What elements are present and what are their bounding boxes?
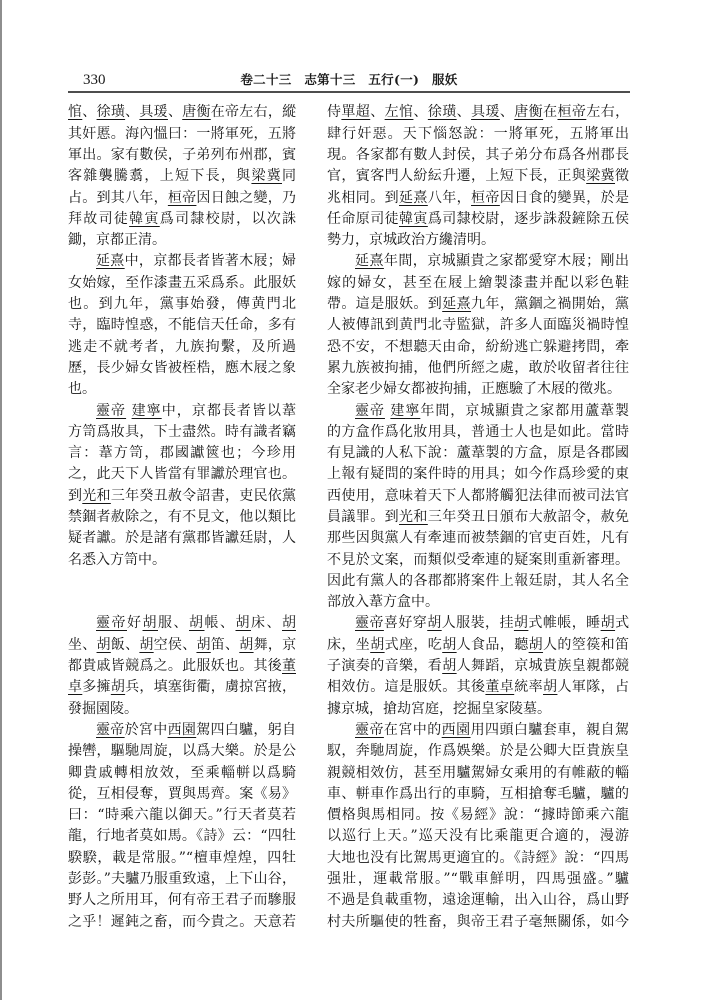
text-line: 卓多擁胡兵，填塞街衢，虜掠宮掖， — [68, 677, 296, 698]
text-line: 方笥爲妝具，下士盡然。時有識者竊 — [68, 422, 296, 443]
text-run: 其奸慝。海內慍曰：一將軍死，五將 — [68, 126, 296, 142]
proper-name-underlined: 光和 — [82, 488, 111, 504]
text-run: 、 — [413, 104, 427, 120]
text-run: 多擁 — [82, 679, 111, 695]
text-run: 疑者讞。於是諸有黨郡皆讞廷尉，人 — [68, 530, 296, 546]
text-run: 名悉入方笥中。 — [68, 552, 166, 568]
text-run: 禁錮者赦除之，有不見文，他以類比 — [68, 509, 296, 525]
text-run: 官，賓客門人紛紜升遷，上短下長，正與 — [327, 168, 586, 184]
proper-name-underlined: 徐璜 — [97, 104, 126, 120]
text-run: 侍 — [327, 104, 341, 120]
text-line: 價格與馬相同。按《易經》說：“據時節乘六龍 — [327, 805, 629, 826]
proper-name-underlined: 延熹 — [399, 190, 428, 206]
text-run: 村夫所驅使的牲畜，與帝王君子毫無關係，如今 — [327, 914, 629, 930]
text-run: 中，京都長者皆以葦 — [162, 403, 296, 419]
paragraph: 靈帝 建寧中，京都長者皆以葦方笥爲妝具，下士盡然。時有識者竊言：葦方笥，郡國讞篋… — [68, 401, 296, 571]
text-line: 鋤，京都正清。 — [68, 230, 296, 251]
text-run: 人軍隊，占 — [557, 679, 629, 695]
text-run: 發掘園陵。 — [68, 701, 138, 717]
text-run: 同 — [282, 168, 296, 184]
proper-name-underlined: 胡 — [111, 679, 125, 695]
text-line: 歷，長少婦女皆被桎梏，應木屐之象 — [68, 358, 296, 379]
text-line: 人被傳訊到黄門北寺監獄，許多人面臨災禍時惶 — [327, 315, 629, 336]
text-run: 車、軿車作爲出行的車騎，互相搶奪毛驢，驢的 — [327, 786, 629, 802]
proper-name-underlined: 單超 — [341, 104, 370, 120]
text-run: 據京城，搶劫宮庭，挖掘皇家陵墓。 — [327, 701, 551, 717]
proper-name-underlined: 胡 — [239, 637, 253, 653]
text-run: 、 — [500, 104, 514, 120]
text-run: 喜好穿 — [384, 615, 427, 631]
proper-name-underlined: 具瑗 — [139, 104, 168, 120]
proper-name-underlined: 胡 — [543, 679, 557, 695]
text-line: 相效仿。這是服妖。其後董卓統率胡人軍隊，占 — [327, 677, 629, 698]
text-run: 因日蝕之變，乃 — [196, 190, 296, 206]
text-run: 式座，吃 — [385, 637, 443, 653]
text-run: 帳、 — [205, 615, 236, 631]
text-line: 現。各家都有數人封侯，其子弟分布爲各州郡長 — [327, 145, 629, 166]
text-run: 馭，奔馳周旋，作爲娛樂。於是公卿大臣貴族皇 — [327, 743, 629, 759]
text-line: 兆相同。到延熹八年，桓帝因日食的變異，於是 — [327, 188, 629, 209]
proper-name-underlined: 胡 — [370, 637, 384, 653]
proper-name-underlined: 胡 — [139, 637, 153, 653]
text-run: 三年癸丑赦令詔書，吏民依黨 — [111, 488, 296, 504]
proper-name-underlined: 唐衡 — [514, 104, 543, 120]
text-run: 爲司隸校尉，逐步誅殺鏟除五侯 — [428, 211, 629, 227]
text-run: 駕四白驢，躬自 — [196, 722, 296, 738]
text-run: 不過是負載重物，遠途運輸，出入山谷，爲山野 — [327, 892, 629, 908]
paragraph: 靈帝好胡服、胡帳、胡床、胡坐、胡飯、胡空侯、胡笛、胡舞，京都貴戚皆競爲之。此服妖… — [68, 613, 296, 719]
text-run: 中，京都長者皆著木屐；婦 — [125, 253, 296, 269]
proper-name-underlined: 具瑗 — [471, 104, 500, 120]
text-run: 兵，填塞街衢，虜掠宮掖， — [125, 679, 296, 695]
text-run: 飯、 — [111, 637, 140, 653]
text-line: 曰：“時乘六龍以御天。”行天者莫若 — [68, 805, 296, 826]
text-line: 疑者讞。於是諸有黨郡皆讞廷尉，人 — [68, 528, 296, 549]
proper-name-underlined: 胡 — [143, 615, 159, 631]
text-run: 於宮中 — [125, 722, 168, 738]
proper-name-underlined: 桓帝 — [558, 104, 587, 120]
proper-name-underlined: 延熹 — [96, 253, 125, 269]
text-line: 官，賓客門人紛紜升遷，上短下長，正與梁冀徵 — [327, 166, 629, 187]
proper-name-underlined: 董卓 — [485, 679, 514, 695]
proper-name-underlined: 延熹 — [355, 253, 384, 269]
text-run: 年間，京城顯貴之家都用蘆葦製 — [420, 403, 629, 419]
text-run: 用四頭白驢套車，親自駕 — [471, 722, 629, 738]
text-line: 據京城，搶劫宮庭，挖掘皇家陵墓。 — [327, 699, 629, 720]
text-run: 因此有黨人的各郡都將案件上報廷尉，其人名全 — [327, 573, 629, 589]
text-line: 以巡行上天。”巡天没有比乘龍更合適的，漫游 — [327, 826, 629, 847]
text-run: 西使用，意味着天下人都將觸犯法律而被司法官 — [327, 488, 629, 504]
text-line: 延熹年間，京城顯貴之家都愛穿木屐；剛出 — [327, 251, 629, 272]
proper-name-underlined: 韓寅 — [399, 211, 428, 227]
paragraph: 延熹年間，京城顯貴之家都愛穿木屐；剛出嫁的婦女，甚至在屐上繪製漆畫并配以彩色鞋帶… — [327, 251, 629, 400]
text-run: 以巡行上天。”巡天没有比乘龍更合適的，漫游 — [327, 828, 629, 844]
text-run: 統率 — [514, 679, 543, 695]
proper-name-underlined: 胡 — [196, 637, 210, 653]
text-run: 式帷帳，睡 — [528, 615, 600, 631]
text-run: 因日食的變異，於是 — [500, 190, 629, 206]
text-line: 任命原司徒韓寅爲司隸校尉，逐步誅殺鏟除五侯 — [327, 209, 629, 230]
text-line: 龍，行地者莫如馬。《詩》云：“四牡 — [68, 826, 296, 847]
text-line: 馭，奔馳周旋，作爲娛樂。於是公卿大臣貴族皇 — [327, 741, 629, 762]
text-run: 那些因與黨人有牽連而被禁錮的官吏百姓，凡有 — [327, 530, 629, 546]
text-line: 卿貴戚轉相放效，至乘輜軿以爲騎 — [68, 763, 296, 784]
text-run: 操轡，驅馳周旋，以爲大樂。於是公 — [68, 743, 296, 759]
text-run: 言：葦方笥，郡國讞篋也；今珍用 — [68, 445, 296, 461]
text-line: 靈帝喜好穿胡人服裝，挂胡式帷帳，睡胡式 — [327, 613, 629, 634]
text-run: 員議罪。到 — [327, 509, 399, 525]
proper-name-underlined: 韓寅 — [129, 211, 160, 227]
text-run: 客雜襲騰翥，上短下長，與 — [68, 168, 251, 184]
text-line: 彭彭。”夫驢乃服重致遠，上下山谷， — [68, 869, 296, 890]
text-run: 、 — [457, 104, 471, 120]
text-run: 曰：“時乘六龍以御天。”行天者莫若 — [68, 807, 296, 823]
proper-name-underlined: 徐璜 — [428, 104, 457, 120]
text-run: 彭彭。”夫驢乃服重致遠，上下山谷， — [68, 871, 296, 887]
text-line: 村夫所驅使的牲畜，與帝王君子毫無關係，如今 — [327, 912, 629, 933]
proper-name-underlined: 西園 — [168, 722, 197, 738]
text-run: 强壯，運載常服。”“戰車鮮明，四馬强盛。”驢 — [327, 871, 629, 887]
text-run: 九年，黨錮之禍開始，黨 — [471, 296, 629, 312]
text-line: 靈帝於宮中西園駕四白驢，躬自 — [68, 720, 296, 741]
proper-name-underlined: 唐衡 — [182, 104, 211, 120]
text-run: 床，坐 — [327, 637, 370, 653]
text-run: 人被傳訊到黄門北寺監獄，許多人面臨災禍時惶 — [327, 317, 629, 333]
text-line: 延熹中，京都長者皆著木屐；婦 — [68, 251, 296, 272]
text-run: 人舞蹈，京城貴族皇親都競 — [457, 658, 629, 674]
text-run: 坐、 — [68, 637, 97, 653]
text-run: 相效仿。這是服妖。其後 — [327, 679, 485, 695]
text-line: 也。到九年，黨事始發，傳黄門北 — [68, 294, 296, 315]
proper-name-underlined: 建寧 — [132, 403, 162, 419]
proper-name-underlined: 胡 — [442, 658, 456, 674]
text-run: 野人之所用耳，何有帝王君子而驂服 — [68, 892, 296, 908]
text-run: 年間，京城顯貴之家都愛穿木屐；剛出 — [384, 253, 629, 269]
text-run: 逃走不就考者，九族拘繫，及所過 — [68, 339, 296, 355]
text-run: 肆行奸惡。天下惱怒說：一將軍死，五將軍出 — [327, 126, 629, 142]
text-line: 客雜襲騰翥，上短下長，與梁冀同 — [68, 166, 296, 187]
text-run: 任命原司徒 — [327, 211, 399, 227]
text-line: 也。 — [68, 379, 296, 400]
proper-name-underlined: 靈帝 — [96, 615, 127, 631]
proper-name-underlined: 靈帝 — [355, 615, 384, 631]
text-line: 車、軿車作爲出行的車騎，互相搶奪毛驢，驢的 — [327, 784, 629, 805]
proper-name-underlined: 靈帝 — [96, 722, 125, 738]
text-line: 拜故司徒韓寅爲司隸校尉，以次誅 — [68, 209, 296, 230]
text-run: 也。 — [68, 381, 96, 397]
text-run: 累九族被拘捕，他們所經之處，敢於收留者往往 — [327, 360, 629, 376]
text-line: 靈帝好胡服、胡帳、胡床、胡 — [68, 613, 296, 634]
proper-name-underlined: 胡 — [282, 615, 296, 631]
text-line: 累九族被拘捕，他們所經之處，敢於收留者往往 — [327, 358, 629, 379]
text-line: 女始嫁，至作漆畫五采爲系。此服妖 — [68, 273, 296, 294]
text-run: 、 — [82, 104, 96, 120]
proper-name-underlined: 胡 — [427, 615, 441, 631]
proper-name-underlined: 悺 — [68, 104, 82, 120]
proper-name-underlined: 建寧 — [390, 403, 420, 419]
text-run: 大地也没有比駕馬更適宜的。《詩經》說：“四馬 — [327, 850, 629, 866]
text-run: 人食品，聽 — [457, 637, 529, 653]
text-line: 靈帝在宮中的西園用四頭白驢套車，親自駕 — [327, 720, 629, 741]
text-line: 西使用，意味着天下人都將觸犯法律而被司法官 — [327, 486, 629, 507]
text-run: 爲司隸校尉，以次誅 — [160, 211, 296, 227]
text-run: 不見於文案，而類似受牽連的疑案則重新審理。 — [327, 552, 629, 568]
scan-page-edge — [0, 0, 2, 1000]
text-line: 不見於文案，而類似受牽連的疑案則重新審理。 — [327, 550, 629, 571]
text-run: 人的箜篌和笛 — [543, 637, 629, 653]
paragraph: 延熹中，京都長者皆著木屐；婦女始嫁，至作漆畫五采爲系。此服妖也。到九年，黨事始發… — [68, 251, 296, 400]
paragraph: 靈帝喜好穿胡人服裝，挂胡式帷帳，睡胡式床，坐胡式座，吃胡人食品，聽胡人的箜篌和笛… — [327, 613, 629, 719]
text-run: 有見識的人私下說：蘆葦製的方盒，原是各郡國 — [327, 445, 629, 461]
text-run: 八年， — [428, 190, 471, 206]
proper-name-underlined: 左悺 — [385, 104, 414, 120]
text-line: 靈帝 建寧年間，京城顯貴之家都用蘆葦製 — [327, 401, 629, 422]
paragraph: 悺、徐璜、具瑗、唐衡在帝左右，縱其奸慝。海內慍曰：一將軍死，五將軍出。家有數侯，… — [68, 102, 296, 251]
proper-name-underlined: 胡 — [601, 615, 615, 631]
proper-name-underlined: 梁冀 — [586, 168, 615, 184]
text-run: 舞，京 — [254, 637, 297, 653]
text-run: 、 — [370, 104, 384, 120]
text-run: 騤騤，載是常服。”“檀車煌煌，四牡 — [68, 850, 296, 866]
text-line: 帶。這是服妖。到延熹九年，黨錮之禍開始，黨 — [327, 294, 629, 315]
text-run: 價格與馬相同。按《易經》說：“據時節乘六龍 — [327, 807, 629, 823]
text-line: 嫁的婦女，甚至在屐上繪製漆畫并配以彩色鞋 — [327, 273, 629, 294]
proper-name-underlined: 西園 — [442, 722, 471, 738]
text-line: 寺，臨時惶惑，不能信天任命，多有 — [68, 315, 296, 336]
text-run: 到 — [68, 488, 82, 504]
text-run: 寺，臨時惶惑，不能信天任命，多有 — [68, 317, 296, 333]
text-run: 全家老少婦女都被拘捕，正應驗了木屐的徵兆。 — [327, 381, 621, 397]
text-run: 在帝左右，縱 — [211, 104, 296, 120]
text-run: 嫁的婦女，甚至在屐上繪製漆畫并配以彩色鞋 — [327, 275, 629, 291]
text-run: 人服裝，挂 — [442, 615, 514, 631]
text-line: 因此有黨人的各郡都將案件上報廷尉，其人名全 — [327, 571, 629, 592]
text-run: 也。到九年，黨事始發，傳黄門北 — [68, 296, 296, 312]
text-line: 發掘園陵。 — [68, 699, 296, 720]
text-line: 軍出。家有數侯，子弟列布州郡，賓 — [68, 145, 296, 166]
paragraph: 侍單超、左悺、徐璜、具瑗、唐衡在桓帝左右，肆行奸惡。天下惱怒說：一將軍死，五將軍… — [327, 102, 629, 251]
proper-name-underlined: 延熹 — [442, 296, 471, 312]
text-line: 之，此天下人皆當有罪讞於理官也。 — [68, 464, 296, 485]
text-run: 服、 — [158, 615, 189, 631]
text-line: 肆行奸惡。天下惱怒說：一將軍死，五將軍出 — [327, 124, 629, 145]
text-line: 全家老少婦女都被拘捕，正應驗了木屐的徵兆。 — [327, 379, 629, 400]
text-line: 其奸慝。海內慍曰：一將軍死，五將 — [68, 124, 296, 145]
text-line: 上報有疑問的案件時的用具；如今作爲珍愛的東 — [327, 464, 629, 485]
proper-name-underlined: 靈帝 — [96, 403, 126, 419]
text-run: 笛、 — [211, 637, 240, 653]
text-line: 騤騤，載是常服。”“檀車煌煌，四牡 — [68, 848, 296, 869]
text-run: 女始嫁，至作漆畫五采爲系。此服妖 — [68, 275, 296, 291]
text-run: 帶。這是服妖。到 — [327, 296, 442, 312]
text-run: 親競相效仿，甚至用驢駕婦女乘用的有帷蔽的輜 — [327, 765, 629, 781]
text-run: 龍，行地者莫如馬。《詩》云：“四牡 — [68, 828, 296, 844]
text-run: 現。各家都有數人封侯，其子弟分布爲各州郡長 — [327, 147, 629, 163]
proper-name-underlined: 胡 — [189, 615, 205, 631]
text-run: 拜故司徒 — [68, 211, 129, 227]
text-line: 之乎！遲鈍之畜，而今貴之。天意若 — [68, 912, 296, 933]
text-run: 歷，長少婦女皆被桎梏，應木屐之象 — [68, 360, 296, 376]
proper-name-underlined: 梁冀 — [251, 168, 282, 184]
text-run: 部放入葦方盒中。 — [327, 594, 439, 610]
paragraph: 靈帝在宮中的西園用四頭白驢套車，親自駕馭，奔馳周旋，作爲娛樂。於是公卿大臣貴族皇… — [327, 720, 629, 933]
proper-name-underlined: 胡 — [514, 615, 528, 631]
text-line: 靈帝 建寧中，京都長者皆以葦 — [68, 401, 296, 422]
proper-name-underlined: 卓 — [68, 679, 82, 695]
text-run: 占。到其八年， — [68, 190, 168, 206]
text-line: 悺、徐璜、具瑗、唐衡在帝左右，縱 — [68, 102, 296, 123]
text-line: 大地也没有比駕馬更適宜的。《詩經》說：“四馬 — [327, 848, 629, 869]
text-run: 恐不安，不想聽天由命，紛紛逃亡躲避拷問，牽 — [327, 339, 629, 355]
proper-name-underlined: 桓帝 — [168, 190, 197, 206]
paragraph: 靈帝於宮中西園駕四白驢，躬自操轡，驅馳周旋，以爲大樂。於是公卿貴戚轉相放效，至乘… — [68, 720, 296, 933]
text-line: 從，互相侵奪，賈與馬齊。案《易》 — [68, 784, 296, 805]
text-run: 在宮中的 — [384, 722, 442, 738]
text-line: 床，坐胡式座，吃胡人食品，聽胡人的箜篌和笛 — [327, 635, 629, 656]
text-run: 的方盒作爲化妝用具，普通士人也是如此。當時 — [327, 424, 629, 440]
proper-name-underlined: 胡 — [529, 637, 543, 653]
text-run: 、 — [125, 104, 139, 120]
text-line: 恐不安，不想聽天由命，紛紛逃亡躲避拷問，牽 — [327, 337, 629, 358]
text-run: 方笥爲妝具，下士盡然。時有識者竊 — [68, 424, 296, 440]
text-run: 式 — [615, 615, 629, 631]
original-text-column: 悺、徐璜、具瑗、唐衡在帝左右，縱其奸慝。海內慍曰：一將軍死，五將軍出。家有數侯，… — [68, 102, 296, 933]
text-line: 强壯，運載常服。”“戰車鮮明，四馬强盛。”驢 — [327, 869, 629, 890]
text-line: 禁錮者赦除之，有不見文，他以類比 — [68, 507, 296, 528]
text-line: 部放入葦方盒中。 — [327, 592, 629, 613]
text-line: 野人之所用耳，何有帝王君子而驂服 — [68, 890, 296, 911]
text-run: 好 — [127, 615, 143, 631]
text-line: 名悉入方笥中。 — [68, 550, 296, 571]
text-line: 操轡，驅馳周旋，以爲大樂。於是公 — [68, 741, 296, 762]
text-line: 子演奏的音樂，看胡人舞蹈，京城貴族皇親都競 — [327, 656, 629, 677]
text-run: 之乎！遲鈍之畜，而今貴之。天意若 — [68, 914, 296, 930]
translation-column: 侍單超、左悺、徐璜、具瑗、唐衡在桓帝左右，肆行奸惡。天下惱怒說：一將軍死，五將軍… — [327, 102, 629, 933]
text-line: 言：葦方笥，郡國讞篋也；今珍用 — [68, 443, 296, 464]
text-run: 空侯、 — [154, 637, 197, 653]
text-line: 有見識的人私下說：蘆葦製的方盒，原是各郡國 — [327, 443, 629, 464]
text-line: 都貴戚皆競爲之。此服妖也。其後董 — [68, 656, 296, 677]
text-run: 鋤，京都正清。 — [68, 232, 166, 248]
proper-name-underlined: 胡 — [236, 615, 252, 631]
text-line: 那些因與黨人有牽連而被禁錮的官吏百姓，凡有 — [327, 528, 629, 549]
proper-name-underlined: 靈帝 — [355, 722, 384, 738]
text-line: 親競相效仿，甚至用驢駕婦女乘用的有帷蔽的輜 — [327, 763, 629, 784]
running-head: 卷二十三 志第十三 五行(一) 服妖 — [68, 72, 630, 88]
text-run: 子演奏的音樂，看 — [327, 658, 442, 674]
text-run: 之，此天下人皆當有罪讞於理官也。 — [68, 466, 296, 482]
text-run: 兆相同。到 — [327, 190, 399, 206]
proper-name-underlined: 胡 — [442, 637, 456, 653]
text-run: 左右， — [586, 104, 629, 120]
text-run: 卿貴戚轉相放效，至乘輜軿以爲騎 — [68, 765, 296, 781]
text-run: 在 — [543, 104, 557, 120]
proper-name-underlined: 董 — [282, 658, 296, 674]
text-line: 占。到其八年，桓帝因日蝕之變，乃 — [68, 188, 296, 209]
paragraph: 靈帝 建寧年間，京城顯貴之家都用蘆葦製的方盒作爲化妝用具，普通士人也是如此。當時… — [327, 401, 629, 614]
text-run: 三年癸丑日頒布大赦詔令，赦免 — [428, 509, 629, 525]
text-run: 勢力，京城政治方纔清明。 — [327, 232, 495, 248]
text-line: 員議罪。到光和三年癸丑日頒布大赦詔令，赦免 — [327, 507, 629, 528]
text-run: 上報有疑問的案件時的用具；如今作爲珍愛的東 — [327, 466, 629, 482]
text-run: 都貴戚皆競爲之。此服妖也。其後 — [68, 658, 282, 674]
text-line: 坐、胡飯、胡空侯、胡笛、胡舞，京 — [68, 635, 296, 656]
header-rule — [68, 91, 630, 93]
text-run: 床、 — [251, 615, 282, 631]
text-line: 侍單超、左悺、徐璜、具瑗、唐衡在桓帝左右， — [327, 102, 629, 123]
proper-name-underlined: 光和 — [399, 509, 428, 525]
text-run: 徵 — [615, 168, 629, 184]
text-run: 、 — [168, 104, 182, 120]
text-line: 到光和三年癸丑赦令詔書，吏民依黨 — [68, 486, 296, 507]
text-run: 從，互相侵奪，賈與馬齊。案《易》 — [68, 786, 296, 802]
proper-name-underlined: 胡 — [97, 637, 111, 653]
text-line: 不過是負載重物，遠途運輸，出入山谷，爲山野 — [327, 890, 629, 911]
text-line: 的方盒作爲化妝用具，普通士人也是如此。當時 — [327, 422, 629, 443]
text-run: 軍出。家有數侯，子弟列布州郡，賓 — [68, 147, 296, 163]
proper-name-underlined: 靈帝 — [355, 403, 385, 419]
proper-name-underlined: 桓帝 — [471, 190, 500, 206]
text-line: 逃走不就考者，九族拘繫，及所過 — [68, 337, 296, 358]
text-line: 勢力，京城政治方纔清明。 — [327, 230, 629, 251]
